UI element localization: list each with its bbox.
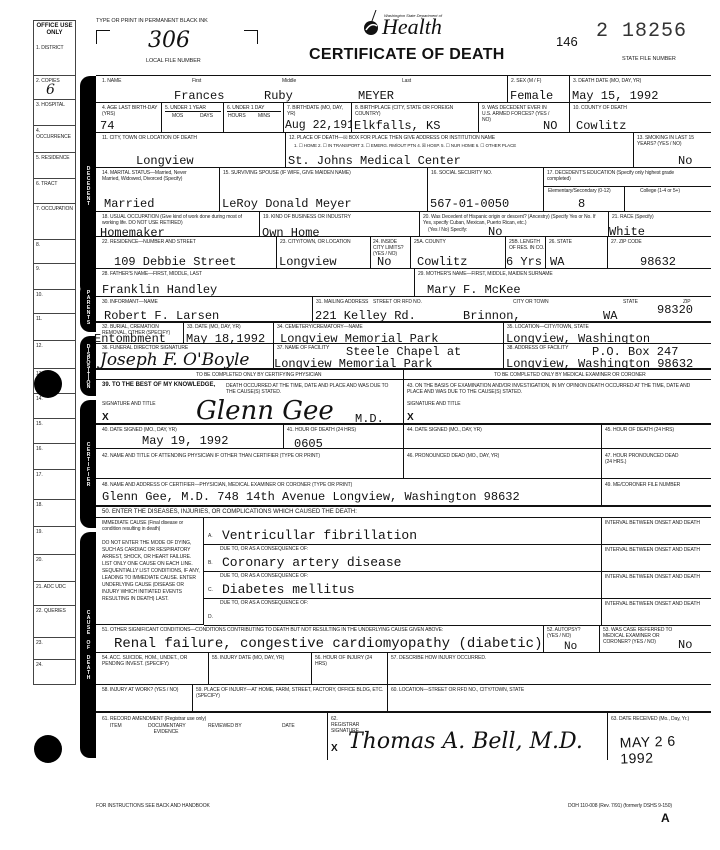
office-box-11[interactable]: 11.	[33, 314, 76, 341]
armed-forces-value: NO	[543, 119, 557, 133]
field-education[interactable]: 17. DECEDENT'S EDUCATION (Specify only h…	[544, 168, 711, 212]
res-county-label: 25A. COUNTY	[414, 239, 446, 245]
last-label: Last	[402, 78, 411, 84]
field-name[interactable]: 1. NAME First Middle Last Frances Ruby M…	[96, 76, 508, 103]
tab-cause-of-death: CAUSE OF DEATH	[80, 532, 96, 758]
ssn-value: 567-01-0050	[430, 197, 509, 211]
smoking-label: 13. SMOKING IN LAST 15 YEARS? (Yes / No)	[637, 135, 707, 147]
business-label: 19. KIND OF BUSINESS OR INDUSTRY	[263, 214, 351, 220]
field-injury-at-work[interactable]: 58. INJURY AT WORK? (Yes / No)	[96, 685, 193, 713]
office-box-label: 17.	[34, 470, 75, 480]
spouse-value: LeRoy Donald Meyer	[222, 197, 352, 211]
office-box-label: 20.	[34, 555, 75, 565]
local-file-label: LOCAL FILE NUMBER	[146, 58, 201, 64]
county-label: 10. COUNTY OF DEATH	[573, 105, 627, 111]
field-me-certification[interactable]: 43. ON THE BASIS OF EXAMINATION AND/OR I…	[404, 380, 711, 425]
cause-letter: C.	[208, 587, 213, 593]
office-box-label: 6. TRACT	[34, 179, 75, 189]
physician-signature: Glenn Gee	[196, 396, 334, 426]
state-value: WA	[550, 255, 564, 269]
punch-hole-1	[34, 370, 62, 398]
length-value: 6 Yrs	[506, 255, 542, 269]
office-box-label: 15.	[34, 419, 75, 429]
name-label: 1. NAME	[102, 78, 121, 84]
inside-city-value: No	[377, 255, 391, 269]
field-business[interactable]: 19. KIND OF BUSINESS OR INDUSTRY Own Hom…	[260, 212, 420, 237]
office-box-label: 3. HOSPITAL	[34, 100, 75, 110]
me-sig-label: SIGNATURE AND TITLE	[407, 401, 460, 407]
birthdate-label: 7. BIRTHDATE (Mo, Day, Yr)	[287, 105, 351, 117]
zip-value: 98632	[640, 255, 676, 269]
tab-disposition-text: DISPOSITION	[85, 344, 92, 388]
occupation-label: 18. USUAL OCCUPATION (Give kind of work …	[102, 214, 252, 226]
office-box-16[interactable]: 16.	[33, 444, 76, 470]
informant-label: 30. INFORMANT—NAME	[102, 299, 158, 305]
field-death-date[interactable]: 3. DEATH DATE (Mo, Day, Yr) May 15, 1992	[570, 76, 711, 103]
mailing-zip-value: 98320	[657, 303, 693, 317]
attending-label: 42. NAME AND TITLE OF ATTENDING PHYSICIA…	[102, 453, 320, 459]
cause-heading-row: 50. ENTER THE DISEASES, INJURIES, OR COM…	[96, 507, 711, 518]
cause-line-a[interactable]: A.Ventricullar fibrillation	[204, 518, 602, 545]
field-under-1-day[interactable]: 6. UNDER 1 DAY HOURS MINS	[224, 103, 284, 133]
field-pronounced-dead[interactable]: 46. PRONOUNCED DEAD (Mo., Day, Yr)	[404, 449, 602, 479]
place-options[interactable]: 1. ☐ HOME 2. ☐ IN TRANSPORT 3. ☐ EMERG. …	[294, 143, 516, 149]
office-box-value: 6	[46, 82, 55, 98]
facility-label: 37. NAME OF FACILITY	[277, 345, 329, 351]
elementary-value: 8	[578, 197, 585, 211]
at-work-label: 58. INJURY AT WORK? (Yes / No)	[102, 687, 182, 693]
office-box-15[interactable]: 15.	[33, 419, 76, 444]
birthplace-label: 8. BIRTHPLACE (City, State or Foreign Co…	[355, 105, 465, 117]
interval-field[interactable]: INTERVAL BETWEEN ONSET AND DEATH	[602, 599, 711, 626]
state-label: 26. STATE	[549, 239, 572, 245]
cause-heading: 50. ENTER THE DISEASES, INJURIES, OR COM…	[102, 509, 357, 515]
reviewed-by-label: REVIEWED BY	[208, 723, 242, 729]
facility-address-line2: Longview, Washington 98632	[506, 357, 693, 371]
field-injury-description[interactable]: 57. DESCRIBE HOW INJURY OCCURRED.	[388, 653, 711, 685]
manner-label: 54. ACC. SUICIDE, HOM., UNDET., OR PENDI…	[102, 655, 206, 667]
office-box-label: 19.	[34, 527, 75, 537]
mail-state-label: STATE	[623, 299, 638, 305]
field-cemetery[interactable]: 34. CEMETERY/CREMATORY—NAME Longview Mem…	[274, 323, 504, 344]
field-mother[interactable]: 29. MOTHER'S NAME—FIRST, MIDDLE, MAIDEN …	[415, 269, 711, 297]
field-disposition-method[interactable]: 32. BURIAL, CREMATION REMOVAL, OTHER (Sp…	[96, 323, 184, 344]
tab-certifier: CERTIFIER	[80, 400, 96, 528]
mailing-state-value: WA	[603, 309, 617, 323]
last-name-value: MEYER	[358, 89, 394, 103]
city-label: 11. CITY, TOWN OR LOCATION OF DEATH	[102, 135, 197, 141]
office-box-22[interactable]: 22. QUERIES	[33, 606, 76, 638]
file-bracket-right	[244, 30, 258, 44]
hispanic-prompt: (Yes / No) Specify:	[428, 227, 467, 233]
tab-parents-text: PARENTS	[85, 290, 92, 325]
office-box-2[interactable]: 2. COPIES6	[33, 76, 76, 100]
ssn-label: 16. SOCIAL SECURITY NO.	[431, 170, 492, 176]
field-date-signed[interactable]: 40. DATE SIGNED (Mo., Day, Yr) May 19, 1…	[96, 425, 284, 449]
place-value: St. Johns Medical Center	[288, 154, 461, 168]
field-birthplace[interactable]: 8. BIRTHPLACE (City, State or Foreign Co…	[352, 103, 479, 133]
field-residence-city[interactable]: 23. CITY/TOWN, OR LOCATION Longview	[277, 237, 371, 269]
field-attending-physician[interactable]: 42. NAME AND TITLE OF ATTENDING PHYSICIA…	[96, 449, 404, 479]
mailing-city-value: Brinnon,	[463, 309, 521, 323]
office-box-20[interactable]: 20.	[33, 555, 76, 582]
res-county-value: Cowlitz	[417, 255, 467, 269]
me-hour-label: 45. HOUR OF DEATH (24 Hrs)	[605, 427, 674, 433]
injury-date-label: 55. INJURY DATE (Mo, Day, Yr)	[212, 655, 284, 661]
field-autopsy[interactable]: 52. AUTOPSY? (Yes / No) No	[544, 625, 600, 653]
physician-sig-x: X	[102, 412, 109, 423]
hispanic-label: 20. Was Decedent of Hispanic origin or d…	[423, 214, 603, 226]
pronounced-label: 46. PRONOUNCED DEAD (Mo., Day, Yr)	[407, 453, 499, 459]
education-label: 17. DECEDENT'S EDUCATION (Specify only h…	[547, 170, 697, 182]
birthdate-value: Aug 22,1917	[285, 119, 361, 132]
field-occupation[interactable]: 18. USUAL OCCUPATION (Give kind of work …	[96, 212, 260, 237]
death-date-value: May 15, 1992	[572, 89, 658, 103]
field-manner[interactable]: 54. ACC. SUICIDE, HOM., UNDET., OR PENDI…	[96, 653, 209, 685]
office-box-label: 16.	[34, 444, 75, 454]
marital-value: Married	[104, 197, 154, 211]
office-box-23[interactable]: 23.	[33, 638, 76, 660]
first-name-value: Frances	[174, 89, 224, 103]
certifier-address-value: Glenn Gee, M.D. 748 14th Avenue Longview…	[102, 490, 520, 504]
street-label: STREET OR RFD NO.	[373, 299, 422, 305]
date-received-label: 63. DATE RECEIVED (Mo., Day, Yr.)	[611, 716, 689, 722]
physician-title: M.D.	[355, 412, 384, 426]
father-value: Franklin Handley	[102, 283, 217, 297]
college-label: College (1-4 or 5+)	[640, 188, 680, 194]
office-box-label: 18.	[34, 500, 75, 510]
field-me-file-number[interactable]: 49. ME/CORONER FILE NUMBER	[602, 479, 711, 507]
registrar-signature: Thomas A. Bell, M.D.	[348, 729, 583, 754]
city-value: Longview	[136, 154, 194, 168]
marital-label: 14. MARITAL STATUS—Married, Never Marrie…	[102, 170, 187, 182]
tab-certifier-text: CERTIFIER	[85, 442, 92, 487]
office-box-label: 11.	[34, 314, 75, 324]
item-label: ITEM	[110, 723, 122, 729]
place-injury-label: 59. PLACE OF INJURY—AT HOME, FARM, STREE…	[196, 687, 386, 699]
field-race[interactable]: 21. RACE (Specify) White	[609, 212, 711, 237]
office-box-5[interactable]: 5. RESIDENCE	[33, 153, 76, 179]
form-id: DOH 110-008 (Rev. 7/91) (formerly DSHS 9…	[568, 803, 672, 809]
tab-decedent: DECEDENT	[80, 76, 96, 296]
hour-label: 41. HOUR OF DEATH (24 Hrs)	[287, 427, 356, 433]
due-to-label: DUE TO, OR AS A CONSEQUENCE OF:	[220, 573, 308, 579]
field-injury-hour[interactable]: 56. HOUR OF INJURY (24 Hrs)	[312, 653, 388, 685]
facility-line2: Longview Memorial Park	[274, 357, 432, 371]
middle-name-value: Ruby	[264, 89, 293, 103]
interval-label: INTERVAL BETWEEN ONSET AND DEATH	[605, 520, 700, 526]
field-mailing-address[interactable]: 31. MAILING ADDRESS STREET OR RFD NO. CI…	[313, 297, 711, 323]
field-registrar-signature[interactable]: 62. REGISTRAR SIGNATURE X Thomas A. Bell…	[328, 713, 608, 760]
office-use-heading-text: OFFICE USE ONLY	[36, 23, 72, 36]
field-residence[interactable]: 22. RESIDENCE—NUMBER AND STREET 109 Debb…	[96, 237, 277, 269]
place-label: 12. PLACE OF DEATH—☒ BOX FOR PLACE THEN …	[289, 135, 495, 141]
sex-label: 2. SEX (M / F)	[511, 78, 541, 84]
armed-forces-label: 9. WAS DECEDENT EVER IN U.S. ARMED FORCE…	[482, 105, 552, 123]
office-box-label: 4. OCCURRENCE	[34, 126, 75, 142]
me-sig-x: X	[407, 412, 414, 423]
cause-instructions: DO NOT ENTER THE MODE OF DYING, SUCH AS …	[102, 540, 200, 603]
file-bracket-left	[96, 30, 110, 44]
office-box-7[interactable]: 7. OCCUPATION	[33, 204, 76, 240]
certification-bold: 39. TO THE BEST OF MY KNOWLEDGE,	[102, 382, 215, 388]
mins-label: MINS	[258, 113, 270, 119]
office-box-label: 22. QUERIES	[34, 606, 75, 616]
field-funeral-director-signature[interactable]: 36. FUNERAL DIRECTOR SIGNATURE Joseph F.…	[96, 344, 274, 370]
mother-label: 29. MOTHER'S NAME—FIRST, MIDDLE, MAIDEN …	[418, 271, 553, 277]
days-label: DAYS	[200, 113, 213, 119]
field-surviving-spouse[interactable]: 15. SURVIVING SPOUSE (If wife, give maid…	[220, 168, 428, 212]
injury-location-label: 60. LOCATION—STREET OR RFD NO., CITY/TOW…	[391, 687, 524, 693]
interval-field[interactable]: INTERVAL BETWEEN ONSET AND DEATH	[602, 518, 711, 545]
office-box-17[interactable]: 17.	[33, 470, 76, 500]
physician-banner-text: TO BE COMPLETED ONLY BY CERTIFYING PHYSI…	[196, 372, 321, 378]
birthplace-value: Elkfalls, KS	[354, 119, 440, 133]
field-injury-location[interactable]: 60. LOCATION—STREET OR RFD NO., CITY/TOW…	[388, 685, 711, 713]
field-ssn[interactable]: 16. SOCIAL SECURITY NO. 567-01-0050	[428, 168, 544, 212]
injury-hour-label: 56. HOUR OF INJURY (24 Hrs)	[315, 655, 375, 667]
interval-label: INTERVAL BETWEEN ONSET AND DEATH	[605, 601, 700, 607]
cause-value: Diabetes mellitus	[222, 582, 355, 597]
sex-value: Female	[510, 89, 553, 103]
referred-value: No	[678, 638, 692, 652]
office-box-label: 10.	[34, 290, 75, 300]
spouse-label: 15. SURVIVING SPOUSE (If wife, give maid…	[223, 170, 351, 176]
certification-statement: DEATH OCCURRED AT THE TIME, DATE AND PLA…	[226, 383, 396, 395]
field-zip[interactable]: 27. ZIP CODE 98632	[608, 237, 711, 269]
field-father[interactable]: 28. FATHER'S NAME—FIRST, MIDDLE, LAST Fr…	[96, 269, 415, 297]
field-city-of-death[interactable]: 11. CITY, TOWN OR LOCATION OF DEATH Long…	[96, 133, 286, 168]
punch-hole-2	[34, 735, 62, 763]
cause-value: Coronary artery disease	[222, 555, 401, 570]
field-referred-to-me[interactable]: 53. WAS CASE REFERRED TO MEDICAL EXAMINE…	[600, 625, 711, 653]
referred-label: 53. WAS CASE REFERRED TO MEDICAL EXAMINE…	[603, 627, 673, 645]
field-me-date-signed[interactable]: 44. DATE SIGNED (Mo., Day, Yr)	[404, 425, 602, 449]
document-title: CERTIFICATE OF DEATH	[309, 46, 505, 64]
field-disposition-location[interactable]: 35. LOCATION—CITY/TOWN, STATE Longview, …	[504, 323, 711, 344]
race-label: 21. RACE (Specify)	[612, 214, 654, 220]
autopsy-value: No	[564, 641, 577, 653]
father-label: 28. FATHER'S NAME—FIRST, MIDDLE, LAST	[102, 271, 202, 277]
tab-parents: PARENTS	[80, 282, 96, 332]
age-label: 4. AGE LAST BIRTH-DAY (Yrs)	[102, 105, 158, 117]
ink-instruction: TYPE OR PRINT IN PERMANENT BLACK INK	[96, 18, 208, 24]
field-hour-pronounced[interactable]: 47. HOUR PRONOUNCED DEAD (24 Hrs.)	[602, 449, 711, 479]
date-signed-value: May 19, 1992	[142, 434, 228, 448]
office-box-label: 9.	[34, 264, 75, 274]
mother-value: Mary F. McKee	[427, 283, 521, 297]
field-physician-certification[interactable]: 39. TO THE BEST OF MY KNOWLEDGE, DEATH O…	[96, 380, 404, 425]
field-hour-of-death[interactable]: 41. HOUR OF DEATH (24 Hrs) 0605	[284, 425, 404, 449]
cause-letter: D.	[208, 614, 213, 620]
autopsy-label: 52. AUTOPSY? (Yes / No)	[547, 627, 587, 639]
evidence-label: DOCUMENTARY EVIDENCE	[148, 723, 184, 735]
cemetery-label: 34. CEMETERY/CREMATORY—NAME	[277, 324, 363, 330]
field-other-conditions[interactable]: 51. OTHER SIGNIFICANT CONDITIONS—CONDITI…	[96, 625, 544, 653]
office-box-24[interactable]: 24.	[33, 660, 76, 685]
field-under-1-year[interactable]: 5. UNDER 1 YEAR MOS DAYS	[162, 103, 224, 133]
interval-label: INTERVAL BETWEEN ONSET AND DEATH	[605, 547, 700, 553]
office-box-label: 7. OCCUPATION	[34, 204, 75, 214]
office-box-label: 5. RESIDENCE	[34, 153, 75, 163]
field-facility-name[interactable]: 37. NAME OF FACILITY Steele Chapel at Lo…	[274, 344, 504, 370]
field-birthdate[interactable]: 7. BIRTHDATE (Mo, Day, Yr) Aug 22,1917	[284, 103, 352, 133]
physician-banner: TO BE COMPLETED ONLY BY CERTIFYING PHYSI…	[96, 370, 404, 380]
length-label: 25B. LENGTH OF RES. IN CO.	[509, 239, 545, 251]
mailing-label: 31. MAILING ADDRESS	[316, 299, 368, 305]
mailing-street-value: 221 Kelley Rd.	[315, 309, 416, 323]
informant-value: Robert F. Larsen	[104, 309, 219, 323]
field-place-of-death[interactable]: 12. PLACE OF DEATH—☒ BOX FOR PLACE THEN …	[286, 133, 634, 168]
tab-decedent-text: DECEDENT	[85, 166, 92, 206]
office-box-10[interactable]: 10.	[33, 290, 76, 314]
me-banner-text: TO BE COMPLETED ONLY BY MEDICAL EXAMINER…	[494, 372, 646, 378]
res-city-label: 23. CITY/TOWN, OR LOCATION	[280, 239, 351, 245]
field-me-hour[interactable]: 45. HOUR OF DEATH (24 Hrs)	[602, 425, 711, 449]
director-signature: Joseph F. O'Boyle	[100, 350, 249, 370]
form-version: A	[661, 811, 670, 825]
date-signed-label: 40. DATE SIGNED (Mo., Day, Yr)	[102, 427, 177, 433]
zip-label: 27. ZIP CODE	[611, 239, 642, 245]
cause-letter: B.	[208, 560, 213, 566]
certifier-address-label: 48. NAME AND ADDRESS OF CERTIFIER—PHYSIC…	[102, 482, 352, 488]
elementary-label: Elementary/Secondary (0-12)	[548, 188, 611, 194]
field-disposition-date[interactable]: 33. DATE (Mo, Day, Yr) May 18,1992	[184, 323, 274, 344]
cause-instructions-box: IMMEDIATE CAUSE (Final disease or condit…	[96, 518, 204, 625]
field-record-amendment[interactable]: 61. RECORD AMENDMENT (Registrar use only…	[96, 713, 328, 760]
field-armed-forces[interactable]: 9. WAS DECEDENT EVER IN U.S. ARMED FORCE…	[479, 103, 570, 133]
cause-value: Ventricullar fibrillation	[222, 528, 417, 543]
under-1-day-label: 6. UNDER 1 DAY	[227, 105, 281, 112]
office-box-3[interactable]: 3. HOSPITAL	[33, 100, 76, 126]
me-statement: 43. ON THE BASIS OF EXAMINATION AND/OR I…	[407, 383, 697, 395]
agency-name: Health	[382, 16, 442, 38]
office-box-label: 24.	[34, 660, 75, 670]
office-box-4[interactable]: 4. OCCURRENCE	[33, 126, 76, 153]
hours-label: HOURS	[228, 113, 246, 119]
field-marital-status[interactable]: 14. MARITAL STATUS—Married, Never Marrie…	[96, 168, 220, 212]
field-smoking[interactable]: 13. SMOKING IN LAST 15 YEARS? (Yes / No)…	[634, 133, 711, 168]
state-file-label: STATE FILE NUMBER	[622, 56, 676, 62]
local-file-number: 306	[148, 28, 190, 53]
smoking-value: No	[678, 154, 692, 168]
office-box-label: 12.	[34, 341, 75, 351]
months-label: MOS	[172, 113, 183, 119]
field-state[interactable]: 26. STATE WA	[546, 237, 608, 269]
first-label: First	[192, 78, 201, 84]
due-to-label: DUE TO, OR AS A CONSEQUENCE OF:	[220, 546, 308, 552]
res-city-value: Longview	[279, 255, 337, 269]
office-box-label: 23.	[34, 638, 75, 648]
health-logo-icon	[362, 10, 382, 36]
footer-instructions: FOR INSTRUCTIONS SEE BACK AND HANDBOOK	[96, 803, 210, 809]
office-box-8[interactable]: 8.	[33, 240, 76, 264]
field-hispanic[interactable]: 20. Was Decedent of Hispanic origin or d…	[420, 212, 609, 237]
disposition-date-label: 33. DATE (Mo, Day, Yr)	[187, 324, 241, 330]
other-conditions-value: Renal failure, congestive cardiomyopathy…	[114, 636, 542, 652]
city-town-label: CITY OR TOWN	[513, 299, 548, 305]
office-box-19[interactable]: 19.	[33, 527, 76, 555]
cause-letter: A.	[208, 533, 213, 539]
field-informant[interactable]: 30. INFORMANT—NAME Robert F. Larsen	[96, 297, 313, 323]
me-file-label: 49. ME/CORONER FILE NUMBER	[605, 482, 680, 488]
office-box-9[interactable]: 9.	[33, 264, 76, 290]
physician-sig-label: SIGNATURE AND TITLE	[102, 401, 155, 407]
registrar-sig-x: X	[331, 743, 338, 754]
me-date-label: 44. DATE SIGNED (Mo., Day, Yr)	[407, 427, 482, 433]
field-length-of-residence[interactable]: 25B. LENGTH OF RES. IN CO. 6 Yrs	[506, 237, 546, 269]
other-conditions-label: 51. OTHER SIGNIFICANT CONDITIONS—CONDITI…	[102, 627, 443, 633]
office-box-label: 1. DISTRICT	[34, 43, 75, 53]
due-to-label: DUE TO, OR AS A CONSEQUENCE OF:	[220, 600, 308, 606]
death-date-label: 3. DEATH DATE (Mo, Day, Yr)	[573, 78, 641, 84]
interval-field[interactable]: INTERVAL BETWEEN ONSET AND DEATH	[602, 545, 711, 572]
office-use-heading: OFFICE USE ONLY	[33, 20, 76, 43]
office-box-1[interactable]: 1. DISTRICT	[33, 43, 76, 76]
amendment-date-label: DATE	[282, 723, 295, 729]
injury-how-label: 57. DESCRIBE HOW INJURY OCCURRED.	[391, 655, 486, 661]
disposition-location-label: 35. LOCATION—CITY/TOWN, STATE	[507, 324, 589, 330]
certificate-form: 1. NAME First Middle Last Frances Ruby M…	[96, 75, 711, 760]
field-residence-county[interactable]: 25A. COUNTY Cowlitz	[411, 237, 506, 269]
county-value: Cowlitz	[576, 119, 626, 133]
age-value: 74	[100, 119, 114, 133]
immediate-cause-label: IMMEDIATE CAUSE (Final disease or condit…	[102, 520, 200, 532]
field-certifier-address[interactable]: 48. NAME AND ADDRESS OF CERTIFIER—PHYSIC…	[96, 479, 602, 507]
field-age[interactable]: 4. AGE LAST BIRTH-DAY (Yrs) 74	[96, 103, 162, 133]
under-1-year-label: 5. UNDER 1 YEAR	[165, 105, 221, 112]
date-received-stamp: MAY 2 6 1992	[619, 731, 711, 766]
field-injury-date[interactable]: 55. INJURY DATE (Mo, Day, Yr)	[209, 653, 312, 685]
office-box-12[interactable]: 12.	[33, 341, 76, 369]
interval-field[interactable]: INTERVAL BETWEEN ONSET AND DEATH	[602, 572, 711, 599]
state-prefix: 146	[556, 34, 578, 49]
tab-cause-text: CAUSE OF DEATH	[85, 610, 92, 680]
facility-address-label: 38. ADDRESS OF FACILITY	[507, 345, 568, 351]
interval-label: INTERVAL BETWEEN ONSET AND DEATH	[605, 574, 700, 580]
office-box-18[interactable]: 18.	[33, 500, 76, 527]
field-inside-city[interactable]: 24. INSIDE CITY LIMITS? (Yes / No) No	[371, 237, 411, 269]
office-box-21[interactable]: 21. ADC UDC	[33, 582, 76, 606]
field-county-of-death[interactable]: 10. COUNTY OF DEATH Cowlitz	[570, 103, 711, 133]
field-date-received[interactable]: 63. DATE RECEIVED (Mo., Day, Yr.) MAY 2 …	[608, 713, 711, 760]
field-facility-address[interactable]: 38. ADDRESS OF FACILITY P.O. Box 247 Lon…	[504, 344, 711, 370]
state-file-number: 2 18256	[596, 20, 687, 43]
pronounced-hour-label: 47. HOUR PRONOUNCED DEAD (24 Hrs.)	[605, 453, 685, 465]
amendment-label: 61. RECORD AMENDMENT (Registrar use only…	[102, 716, 206, 722]
office-box-label: 8.	[34, 240, 75, 250]
office-box-label: 21. ADC UDC	[34, 582, 75, 592]
middle-label: Middle	[282, 78, 296, 84]
residence-value: 109 Debbie Street	[114, 255, 236, 269]
office-box-6[interactable]: 6. TRACT	[33, 179, 76, 204]
office-box-14[interactable]: 14.	[33, 394, 76, 419]
residence-label: 22. RESIDENCE—NUMBER AND STREET	[102, 239, 196, 245]
field-place-of-injury[interactable]: 59. PLACE OF INJURY—AT HOME, FARM, STREE…	[193, 685, 388, 713]
me-banner: TO BE COMPLETED ONLY BY MEDICAL EXAMINER…	[404, 370, 711, 380]
field-sex[interactable]: 2. SEX (M / F) Female	[508, 76, 570, 103]
